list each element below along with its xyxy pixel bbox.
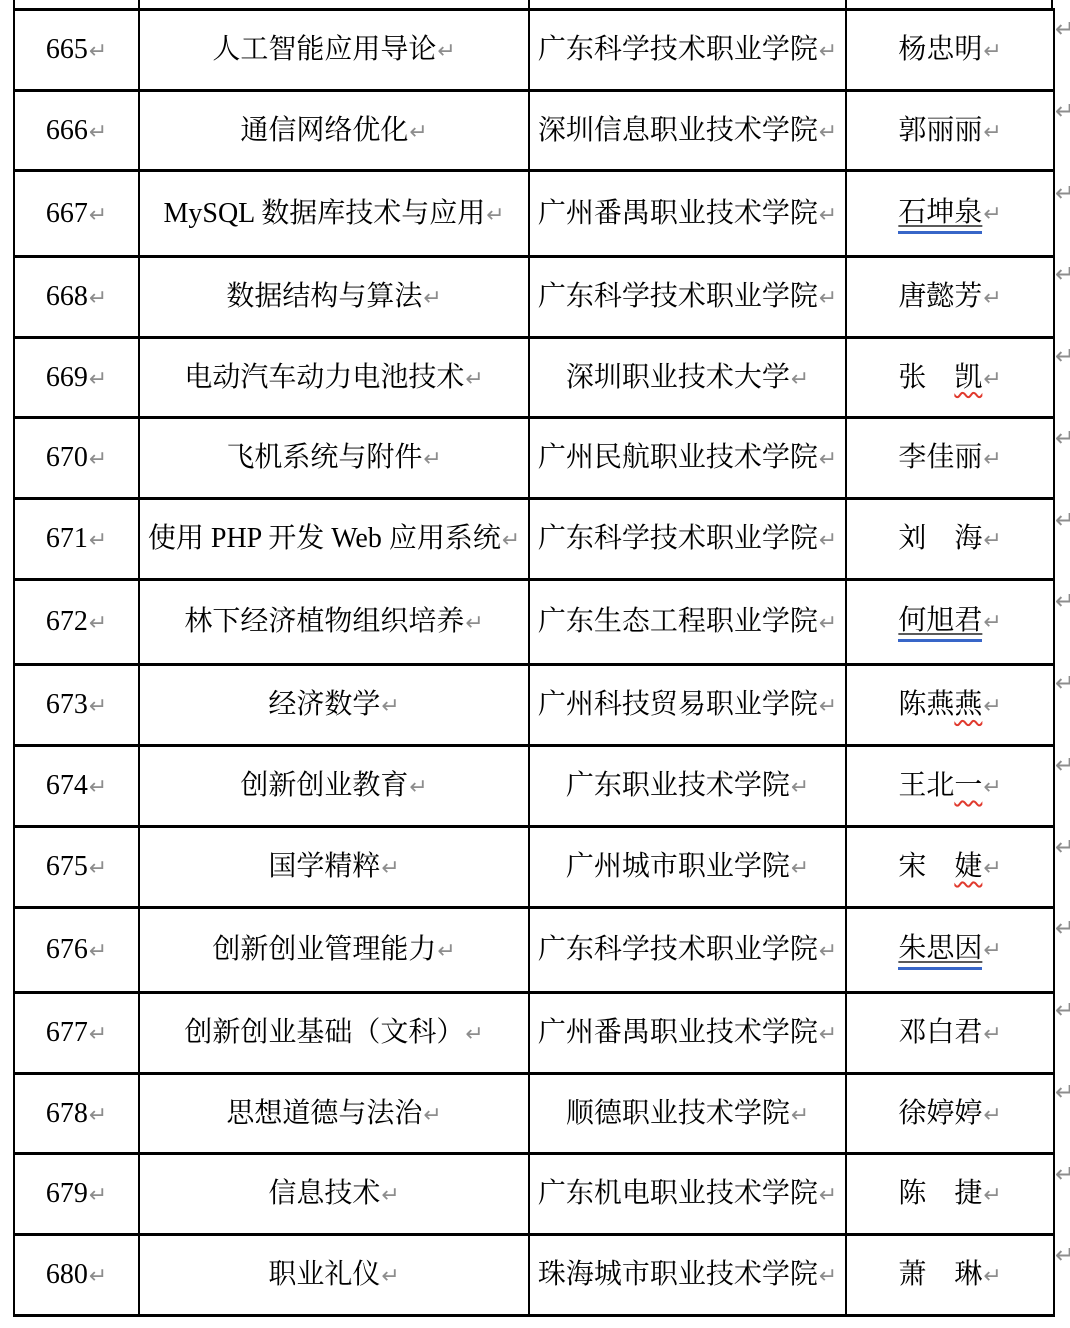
teacher-name-cell[interactable]: 杨忠明↵	[846, 10, 1054, 91]
teacher-name-text: 徐婷婷	[898, 1098, 982, 1129]
teacher-name: 陈 捷	[898, 1178, 982, 1209]
teacher-name-text: 朱思因	[898, 933, 982, 964]
cell-end-mark-icon: ↵	[982, 694, 1001, 719]
cell-end-mark-icon: ↵	[464, 1022, 483, 1047]
cell-end-mark-icon: ↵	[818, 120, 837, 145]
cell-end-mark-icon: ↵	[88, 367, 107, 392]
row-number-cell[interactable]: 679↵	[14, 1154, 139, 1235]
teacher-name-cell[interactable]: 刘 海↵	[846, 499, 1054, 580]
teacher-name-misspelled-text: 燕	[954, 689, 982, 720]
cell-end-mark-icon: ↵	[88, 447, 107, 472]
teacher-name-cell[interactable]: 王北一↵	[846, 746, 1054, 827]
cell-end-mark-icon: ↵	[818, 694, 837, 719]
teacher-name: 何旭君	[898, 605, 982, 642]
teacher-name-cell[interactable]: 李佳丽↵	[846, 418, 1054, 499]
course-name: 思想道德与法治	[226, 1098, 422, 1129]
cell-end-mark-icon: ↵	[982, 610, 1001, 635]
school-name-cell[interactable]: 广州番禺职业技术学院↵	[529, 993, 846, 1074]
school-name: 深圳职业技术大学	[566, 362, 790, 393]
course-name-cell[interactable]: 飞机系统与附件↵	[139, 418, 529, 499]
school-name: 广东生态工程职业学院	[538, 606, 818, 637]
cell-end-mark-icon: ↵	[818, 611, 837, 636]
cell-end-mark-icon: ↵	[380, 1183, 399, 1208]
teacher-name-text: 何旭君	[898, 605, 982, 636]
table-row: 680↵ 职业礼仪↵ 珠海城市职业技术学院↵ 萧 琳↵	[14, 1235, 1054, 1316]
cell-end-mark-icon: ↵	[982, 120, 1001, 145]
course-name: 通信网络优化	[240, 115, 408, 146]
course-name-cell[interactable]: 创新创业基础（文科）↵	[139, 993, 529, 1074]
course-name: 创新创业教育	[240, 770, 408, 801]
school-name: 广州城市职业学院	[566, 851, 790, 882]
school-name-cell[interactable]: 广东科学技术职业学院↵	[529, 256, 846, 337]
cell-end-mark-icon: ↵	[818, 1264, 837, 1289]
cell-end-mark-icon: ↵	[88, 856, 107, 881]
row-end-mark-icon: ↵	[1055, 671, 1070, 695]
cell-end-mark-icon: ↵	[818, 203, 837, 228]
cell-end-mark-icon: ↵	[88, 528, 107, 553]
cell-end-mark-icon: ↵	[982, 528, 1001, 553]
row-number-cell[interactable]: 671↵	[14, 499, 139, 580]
table-row: 675↵ 国学精粹↵ 广州城市职业学院↵ 宋 婕↵	[14, 826, 1054, 907]
row-number: 672	[46, 606, 88, 637]
row-number-cell[interactable]: 673↵	[14, 665, 139, 746]
cell-end-mark-icon: ↵	[422, 286, 441, 311]
school-name-cell[interactable]: 广东科学技术职业学院↵	[529, 10, 846, 91]
cell-end-mark-icon: ↵	[88, 775, 107, 800]
course-name: 人工智能应用导论	[212, 34, 436, 65]
cell-end-mark-icon: ↵	[982, 202, 1001, 227]
course-name: 使用 PHP 开发 Web 应用系统	[148, 523, 501, 554]
school-name-cell[interactable]: 广东职业技术学院↵	[529, 746, 846, 827]
course-name: MySQL 数据库技术与应用	[163, 198, 485, 229]
school-name: 广州番禺职业技术学院	[538, 1017, 818, 1048]
table-row: 674↵ 创新创业教育↵ 广东职业技术学院↵ 王北一↵	[14, 746, 1054, 827]
school-name-cell[interactable]: 广州城市职业学院↵	[529, 826, 846, 907]
course-name-cell[interactable]: 人工智能应用导论↵	[139, 10, 529, 91]
course-name-cell[interactable]: 国学精粹↵	[139, 826, 529, 907]
cell-end-mark-icon: ↵	[88, 39, 107, 64]
table-row: 678↵ 思想道德与法治↵ 顺德职业技术学院↵ 徐婷婷↵	[14, 1073, 1054, 1154]
cell-end-mark-icon: ↵	[982, 39, 1001, 64]
table-row: 670↵ 飞机系统与附件↵ 广州民航职业技术学院↵ 李佳丽↵	[14, 418, 1054, 499]
row-number: 676	[46, 934, 88, 965]
course-name: 飞机系统与附件	[226, 442, 422, 473]
row-end-mark-icon: ↵	[1055, 589, 1070, 613]
cell-end-mark-icon: ↵	[436, 39, 455, 64]
row-number: 669	[46, 362, 88, 393]
row-number: 666	[46, 115, 88, 146]
course-name-cell[interactable]: 经济数学↵	[139, 665, 529, 746]
school-name: 珠海城市职业技术学院	[538, 1259, 818, 1290]
cell-end-mark-icon: ↵	[982, 1264, 1001, 1289]
teacher-name-misspelled-text: 婕	[954, 851, 982, 882]
cell-end-mark-icon: ↵	[818, 1183, 837, 1208]
course-name-cell[interactable]: 创新创业教育↵	[139, 746, 529, 827]
school-name: 广东职业技术学院	[566, 770, 790, 801]
course-name-cell[interactable]: 通信网络优化↵	[139, 90, 529, 171]
table-row: 665↵ 人工智能应用导论↵ 广东科学技术职业学院↵ 杨忠明↵	[14, 10, 1054, 91]
table-row: 668↵ 数据结构与算法↵ 广东科学技术职业学院↵ 唐懿芳↵	[14, 256, 1054, 337]
cell-end-mark-icon: ↵	[88, 203, 107, 228]
teacher-name-misspelled-text: 凯	[954, 362, 982, 393]
cell-end-mark-icon: ↵	[818, 939, 837, 964]
school-name-cell[interactable]: 广东机电职业技术学院↵	[529, 1154, 846, 1235]
school-name-cell[interactable]: 顺德职业技术学院↵	[529, 1073, 846, 1154]
row-number-cell[interactable]: 680↵	[14, 1235, 139, 1316]
teacher-name: 宋 婕	[898, 851, 982, 882]
course-name: 电动汽车动力电池技术	[184, 362, 464, 393]
row-end-mark-icon: ↵	[1055, 998, 1070, 1022]
course-name-cell[interactable]: 创新创业管理能力↵	[139, 907, 529, 992]
teacher-name-cell[interactable]: 张 凯↵	[846, 337, 1054, 418]
cell-end-mark-icon: ↵	[88, 1103, 107, 1128]
cell-end-mark-icon: ↵	[380, 856, 399, 881]
teacher-name-cell[interactable]: 陈燕燕↵	[846, 665, 1054, 746]
course-name-cell[interactable]: 林下经济植物组织培养↵	[139, 579, 529, 664]
row-end-mark-icon: ↵	[1055, 1162, 1070, 1186]
cell-end-mark-icon: ↵	[88, 939, 107, 964]
row-number-cell[interactable]: 665↵	[14, 10, 139, 91]
cell-end-mark-icon: ↵	[790, 775, 809, 800]
course-name: 创新创业管理能力	[212, 934, 436, 965]
teacher-name: 杨忠明	[898, 34, 982, 65]
row-end-mark-icon: ↵	[1055, 426, 1070, 450]
cell-end-mark-icon: ↵	[790, 1103, 809, 1128]
row-end-mark-icon: ↵	[1055, 344, 1070, 368]
school-name-cell[interactable]: 广东科学技术职业学院↵	[529, 907, 846, 992]
school-name: 广东科学技术职业学院	[538, 281, 818, 312]
cell-end-mark-icon: ↵	[88, 1264, 107, 1289]
school-name-cell[interactable]: 广州科技贸易职业学院↵	[529, 665, 846, 746]
cell-end-mark-icon: ↵	[88, 611, 107, 636]
course-name-cell[interactable]: 思想道德与法治↵	[139, 1073, 529, 1154]
teacher-name-cell[interactable]: 何旭君↵	[846, 579, 1054, 664]
cell-end-mark-icon: ↵	[982, 1022, 1001, 1047]
table-row: 677↵ 创新创业基础（文科）↵ 广州番禺职业技术学院↵ 邓白君↵	[14, 993, 1054, 1074]
teacher-name-text: 郭丽丽	[898, 115, 982, 146]
cell-end-mark-icon: ↵	[88, 694, 107, 719]
teacher-name-misspelled-text: 一	[954, 770, 982, 801]
cell-end-mark-icon: ↵	[982, 856, 1001, 881]
teacher-name-text: 石坤泉	[898, 197, 982, 228]
teacher-name: 陈燕燕	[898, 689, 982, 720]
row-number-cell[interactable]: 670↵	[14, 418, 139, 499]
row-number: 678	[46, 1098, 88, 1129]
teacher-name-cell[interactable]: 郭丽丽↵	[846, 90, 1054, 171]
course-name-cell[interactable]: 数据结构与算法↵	[139, 256, 529, 337]
course-name-cell[interactable]: 电动汽车动力电池技术↵	[139, 337, 529, 418]
teacher-name-cell[interactable]: 石坤泉↵	[846, 171, 1054, 256]
row-end-mark-icon: ↵	[1055, 262, 1070, 286]
teacher-name-text: 邓白君	[898, 1017, 982, 1048]
teacher-name-text: 陈燕	[898, 689, 954, 720]
row-number: 680	[46, 1259, 88, 1290]
cell-end-mark-icon: ↵	[818, 1022, 837, 1047]
course-name: 国学精粹	[268, 851, 380, 882]
teacher-name-text: 张	[898, 362, 954, 393]
teacher-name-text: 萧 琳	[898, 1259, 982, 1290]
row-number: 673	[46, 689, 88, 720]
teacher-name-text: 宋	[898, 851, 954, 882]
row-end-mark-icon: ↵	[1055, 17, 1070, 41]
course-name-cell[interactable]: MySQL 数据库技术与应用↵	[139, 171, 529, 256]
cell-end-mark-icon: ↵	[88, 286, 107, 311]
row-number: 667	[46, 198, 88, 229]
row-number-cell[interactable]: 674↵	[14, 746, 139, 827]
school-name: 广州民航职业技术学院	[538, 442, 818, 473]
school-name: 广州番禺职业技术学院	[538, 198, 818, 229]
school-name: 广东机电职业技术学院	[538, 1178, 818, 1209]
cell-end-mark-icon: ↵	[380, 694, 399, 719]
row-number-cell[interactable]: 668↵	[14, 256, 139, 337]
teacher-name: 石坤泉	[898, 197, 982, 234]
course-name-cell[interactable]: 使用 PHP 开发 Web 应用系统↵	[139, 499, 529, 580]
cell-end-mark-icon: ↵	[982, 1103, 1001, 1128]
course-name: 林下经济植物组织培养	[184, 606, 464, 637]
cell-end-mark-icon: ↵	[818, 39, 837, 64]
teacher-name: 张 凯	[898, 362, 982, 393]
school-name-cell[interactable]: 广州番禺职业技术学院↵	[529, 171, 846, 256]
cell-end-mark-icon: ↵	[422, 447, 441, 472]
row-end-mark-icon: ↵	[1055, 916, 1070, 940]
cell-end-mark-icon: ↵	[818, 528, 837, 553]
cell-end-mark-icon: ↵	[422, 1103, 441, 1128]
cell-end-mark-icon: ↵	[380, 1264, 399, 1289]
teacher-name: 徐婷婷	[898, 1098, 982, 1129]
row-end-mark-icon: ↵	[1055, 1080, 1070, 1104]
course-name-cell[interactable]: 职业礼仪↵	[139, 1235, 529, 1316]
cell-end-mark-icon: ↵	[982, 367, 1001, 392]
table-row: 669↵ 电动汽车动力电池技术↵ 深圳职业技术大学↵ 张 凯↵	[14, 337, 1054, 418]
cell-end-mark-icon: ↵	[982, 1183, 1001, 1208]
teacher-name-cell[interactable]: 徐婷婷↵	[846, 1073, 1054, 1154]
teacher-name-text: 王北	[898, 770, 954, 801]
school-name: 广州科技贸易职业学院	[538, 689, 818, 720]
row-number: 668	[46, 281, 88, 312]
row-number-cell[interactable]: 677↵	[14, 993, 139, 1074]
teacher-name-text: 唐懿芳	[898, 281, 982, 312]
cell-end-mark-icon: ↵	[790, 367, 809, 392]
cell-end-mark-icon: ↵	[485, 203, 504, 228]
teacher-name-cell[interactable]: 邓白君↵	[846, 993, 1054, 1074]
cell-end-mark-icon: ↵	[464, 367, 483, 392]
school-name: 深圳信息职业技术学院	[538, 115, 818, 146]
row-number: 674	[46, 770, 88, 801]
teacher-name-cell[interactable]: 陈 捷↵	[846, 1154, 1054, 1235]
school-name: 广东科学技术职业学院	[538, 34, 818, 65]
course-name: 创新创业基础（文科）	[184, 1017, 464, 1048]
school-name: 顺德职业技术学院	[566, 1098, 790, 1129]
course-name: 职业礼仪	[268, 1259, 380, 1290]
row-end-mark-icon: ↵	[1055, 181, 1070, 205]
teacher-name: 朱思因	[898, 933, 982, 970]
cell-end-mark-icon: ↵	[818, 286, 837, 311]
cell-end-mark-icon: ↵	[982, 775, 1001, 800]
table-row: 673↵ 经济数学↵ 广州科技贸易职业学院↵ 陈燕燕↵	[14, 665, 1054, 746]
cell-end-mark-icon: ↵	[464, 611, 483, 636]
school-name-cell[interactable]: 珠海城市职业技术学院↵	[529, 1235, 846, 1316]
teacher-name-text: 李佳丽	[898, 442, 982, 473]
row-end-mark-icon: ↵	[1055, 835, 1070, 859]
course-table-body: 665↵ 人工智能应用导论↵ 广东科学技术职业学院↵ 杨忠明↵ 666↵ 通信网…	[14, 10, 1054, 1316]
table-row: 671↵ 使用 PHP 开发 Web 应用系统↵ 广东科学技术职业学院↵ 刘 海…	[14, 499, 1054, 580]
course-name: 信息技术	[268, 1178, 380, 1209]
teacher-name: 萧 琳	[898, 1259, 982, 1290]
row-number: 679	[46, 1178, 88, 1209]
school-name-cell[interactable]: 深圳信息职业技术学院↵	[529, 90, 846, 171]
teacher-name: 郭丽丽	[898, 115, 982, 146]
cell-end-mark-icon: ↵	[790, 856, 809, 881]
row-end-mark-icon: ↵	[1055, 508, 1070, 532]
course-name: 经济数学	[268, 689, 380, 720]
row-end-mark-icon: ↵	[1055, 99, 1070, 123]
table-row: 676↵ 创新创业管理能力↵ 广东科学技术职业学院↵ 朱思因↵	[14, 907, 1054, 992]
row-number-cell[interactable]: 675↵	[14, 826, 139, 907]
cell-end-mark-icon: ↵	[982, 938, 1001, 963]
row-number: 665	[46, 34, 88, 65]
teacher-name-cell[interactable]: 朱思因↵	[846, 907, 1054, 992]
teacher-name-cell[interactable]: 萧 琳↵	[846, 1235, 1054, 1316]
school-name-cell[interactable]: 广州民航职业技术学院↵	[529, 418, 846, 499]
table-row: 679↵ 信息技术↵ 广东机电职业技术学院↵ 陈 捷↵	[14, 1154, 1054, 1235]
school-name-cell[interactable]: 深圳职业技术大学↵	[529, 337, 846, 418]
teacher-name: 王北一	[898, 770, 982, 801]
teacher-name-text: 陈 捷	[898, 1178, 982, 1209]
row-number: 670	[46, 442, 88, 473]
row-number-cell[interactable]: 669↵	[14, 337, 139, 418]
teacher-name-text: 刘 海	[898, 523, 982, 554]
row-number: 677	[46, 1017, 88, 1048]
cell-end-mark-icon: ↵	[436, 939, 455, 964]
row-number-cell[interactable]: 672↵	[14, 579, 139, 664]
course-list-table: 665↵ 人工智能应用导论↵ 广东科学技术职业学院↵ 杨忠明↵ 666↵ 通信网…	[13, 8, 1055, 1317]
cell-end-mark-icon: ↵	[501, 528, 520, 553]
school-name: 广东科学技术职业学院	[538, 523, 818, 554]
cell-end-mark-icon: ↵	[818, 447, 837, 472]
cell-end-mark-icon: ↵	[88, 120, 107, 145]
table-row: 672↵ 林下经济植物组织培养↵ 广东生态工程职业学院↵ 何旭君↵	[14, 579, 1054, 664]
row-number-cell[interactable]: 666↵	[14, 90, 139, 171]
table-row: 666↵ 通信网络优化↵ 深圳信息职业技术学院↵ 郭丽丽↵	[14, 90, 1054, 171]
row-number: 671	[46, 523, 88, 554]
cell-end-mark-icon: ↵	[408, 120, 427, 145]
course-name: 数据结构与算法	[226, 281, 422, 312]
teacher-name-cell[interactable]: 唐懿芳↵	[846, 256, 1054, 337]
row-number-cell[interactable]: 676↵	[14, 907, 139, 992]
teacher-name: 李佳丽	[898, 442, 982, 473]
row-number: 675	[46, 851, 88, 882]
course-name-cell[interactable]: 信息技术↵	[139, 1154, 529, 1235]
table-row: 667↵ MySQL 数据库技术与应用↵ 广州番禺职业技术学院↵ 石坤泉↵	[14, 171, 1054, 256]
row-end-mark-icon: ↵	[1055, 753, 1070, 777]
teacher-name: 刘 海	[898, 523, 982, 554]
teacher-name-text: 杨忠明	[898, 34, 982, 65]
school-name: 广东科学技术职业学院	[538, 934, 818, 965]
school-name-cell[interactable]: 广东科学技术职业学院↵	[529, 499, 846, 580]
row-number-cell[interactable]: 678↵	[14, 1073, 139, 1154]
teacher-name-cell[interactable]: 宋 婕↵	[846, 826, 1054, 907]
cell-end-mark-icon: ↵	[408, 775, 427, 800]
cell-end-mark-icon: ↵	[982, 447, 1001, 472]
teacher-name: 唐懿芳	[898, 281, 982, 312]
school-name-cell[interactable]: 广东生态工程职业学院↵	[529, 579, 846, 664]
cell-end-mark-icon: ↵	[88, 1022, 107, 1047]
cell-end-mark-icon: ↵	[88, 1183, 107, 1208]
row-number-cell[interactable]: 667↵	[14, 171, 139, 256]
teacher-name: 邓白君	[898, 1017, 982, 1048]
cell-end-mark-icon: ↵	[982, 286, 1001, 311]
row-end-mark-icon: ↵	[1055, 1243, 1070, 1267]
